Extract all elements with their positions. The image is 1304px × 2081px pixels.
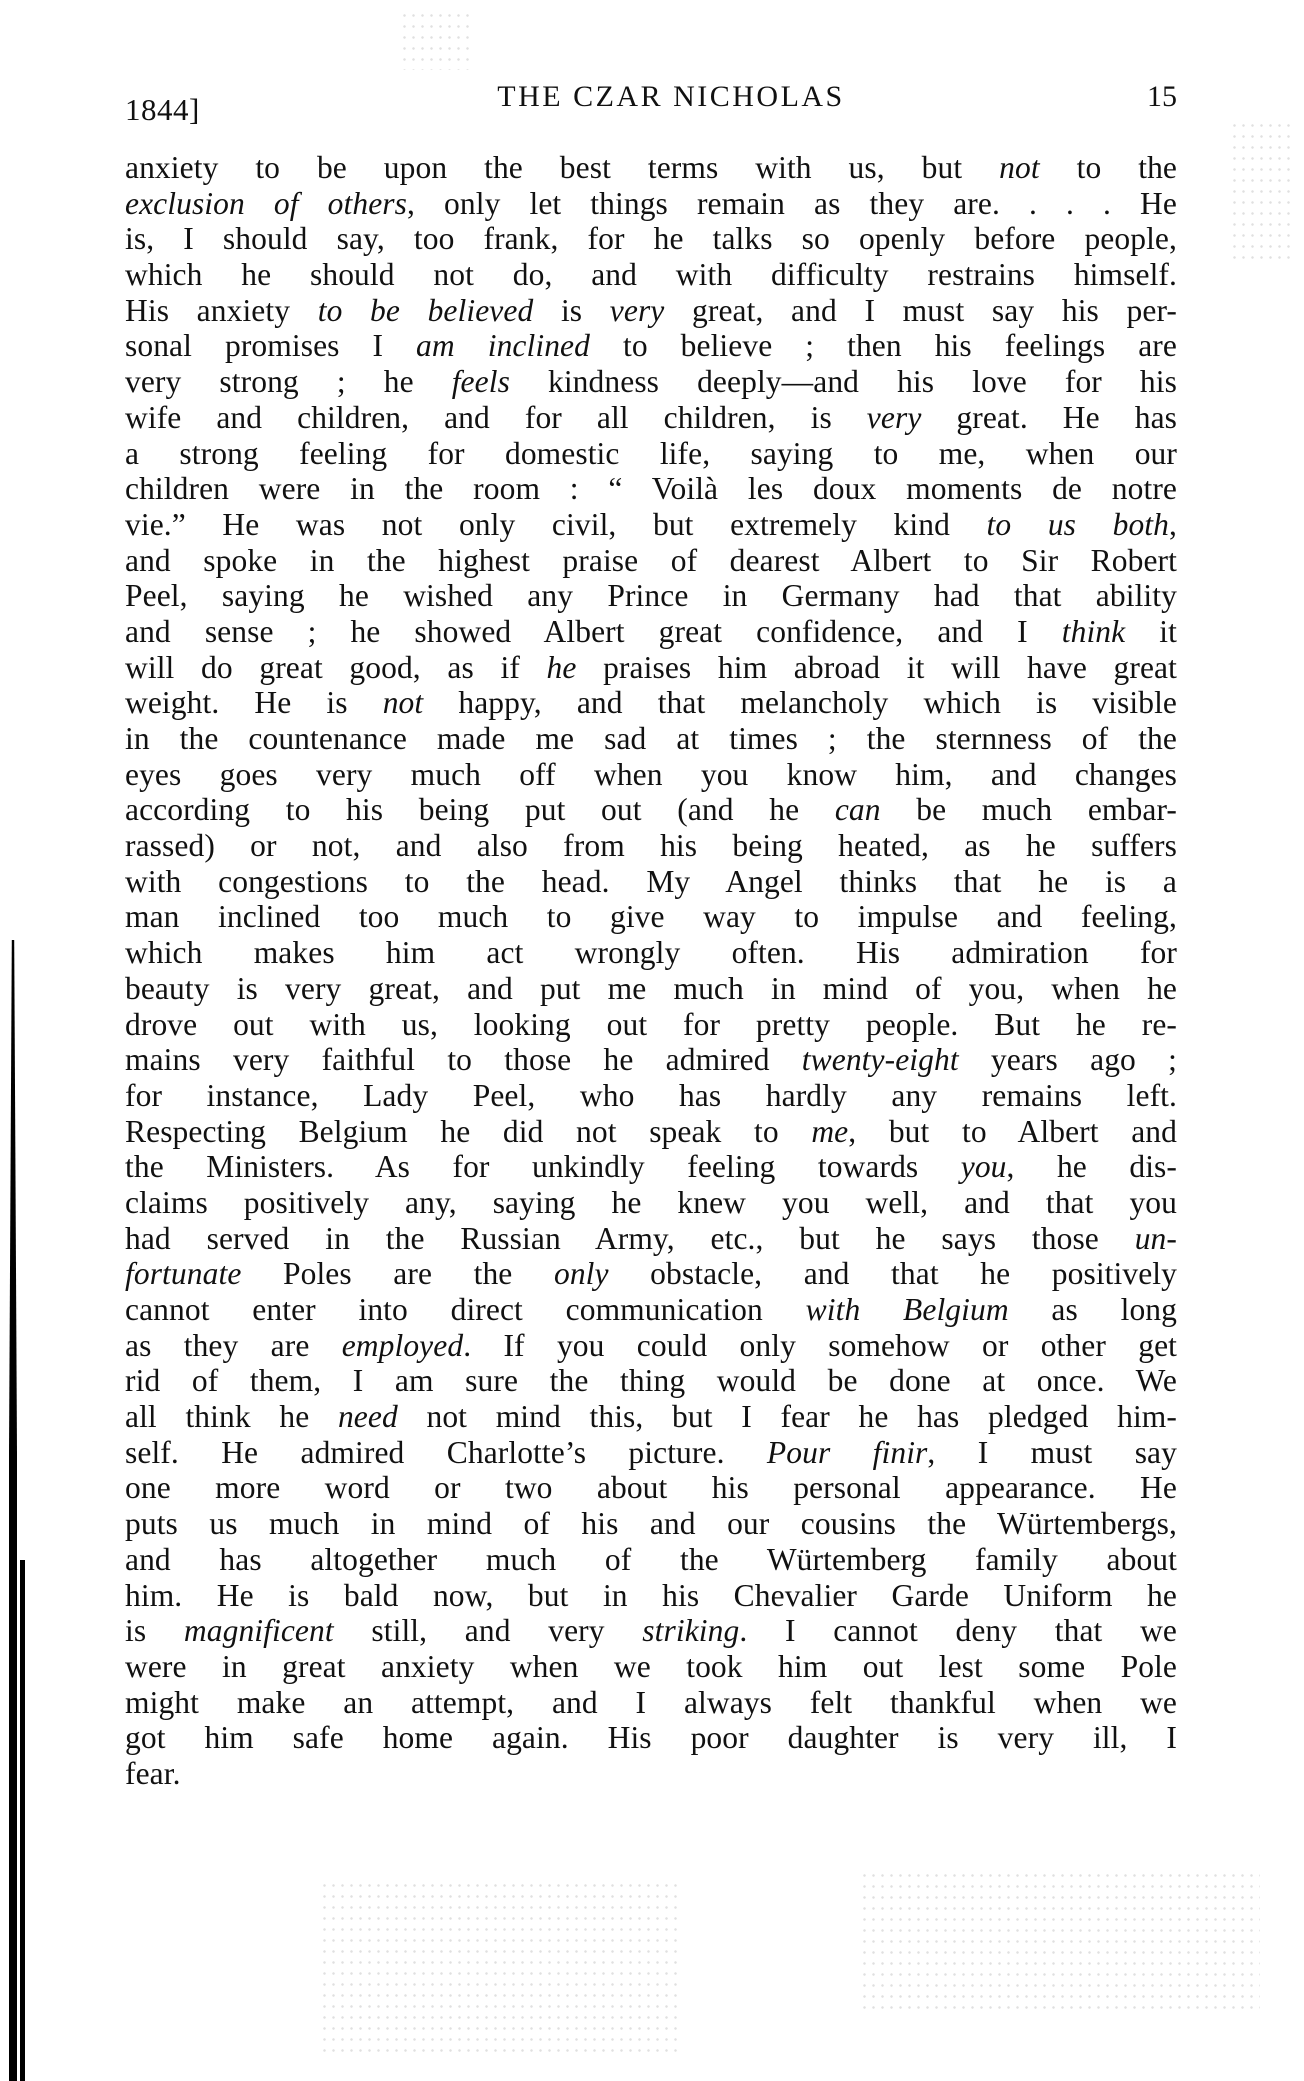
text-run: to believe ; then his feelings are (590, 328, 1177, 363)
text-run: is, I should say, too frank, for he talk… (125, 221, 1177, 256)
text-line: Respecting Belgium he did not speak to m… (125, 1114, 1177, 1150)
text-run: years ago ; (959, 1042, 1177, 1077)
italic-emphasis: me (811, 1114, 848, 1149)
text-line: vie.” He was not only civil, but extreme… (125, 507, 1177, 543)
text-run: wife and children, and for all children,… (125, 400, 867, 435)
text-line: will do great good, as if he praises him… (125, 650, 1177, 686)
text-run: not mind this, but I fear he has pledged… (398, 1399, 1177, 1434)
italic-emphasis: can (835, 792, 881, 827)
italic-emphasis: to be believed (318, 293, 534, 328)
text-line: His anxiety to be believed is very great… (125, 293, 1177, 329)
italic-emphasis: you (961, 1149, 1007, 1184)
text-run: very strong ; he (125, 364, 452, 399)
text-run: got him safe home again. His poor daught… (125, 1720, 1177, 1755)
italic-emphasis: striking (642, 1613, 739, 1648)
text-run: according to his being put out (and he (125, 792, 835, 827)
text-line: got him safe home again. His poor daught… (125, 1720, 1177, 1756)
text-run: beauty is very great, and put me much in… (125, 971, 1177, 1006)
italic-emphasis: he (547, 650, 577, 685)
text-run: be much embar- (881, 792, 1177, 827)
text-run: were in great anxiety when we took him o… (125, 1649, 1177, 1684)
italic-emphasis: fortunate (125, 1256, 241, 1291)
text-line: exclusion of others, only let things rem… (125, 186, 1177, 222)
paper-speckle-right (1230, 120, 1290, 260)
text-run: fear. (125, 1756, 181, 1791)
text-run: is (533, 293, 609, 328)
text-line: all think he need not mind this, but I f… (125, 1399, 1177, 1435)
italic-emphasis: need (338, 1399, 398, 1434)
italic-emphasis: feels (452, 364, 510, 399)
text-run: claims positively any, saying he knew yo… (125, 1185, 1177, 1220)
text-line: sonal promises I am inclined to believe … (125, 328, 1177, 364)
text-run: as they are (125, 1328, 342, 1363)
italic-emphasis: not (999, 150, 1040, 185)
text-line: man inclined too much to give way to imp… (125, 899, 1177, 935)
text-line: him. He is bald now, but in his Chevalie… (125, 1578, 1177, 1614)
italic-emphasis: employed (342, 1328, 464, 1363)
text-run: , but to Albert and (848, 1114, 1177, 1149)
text-run: kindness deeply—and his love for his (510, 364, 1177, 399)
text-run: vie.” He was not only civil, but extreme… (125, 507, 987, 542)
text-run: and spoke in the highest praise of deare… (125, 543, 1177, 578)
text-run: and sense ; he showed Albert great confi… (125, 614, 1062, 649)
text-run: obstacle, and that he positively (609, 1256, 1177, 1291)
text-run: children were in the room : “ Voilà les … (125, 471, 1177, 506)
text-line: which he should not do, and with difficu… (125, 257, 1177, 293)
text-run: the Ministers. As for unkindly feeling t… (125, 1149, 961, 1184)
text-line: had served in the Russian Army, etc., bu… (125, 1221, 1177, 1257)
text-run: had served in the Russian Army, etc., bu… (125, 1221, 1135, 1256)
text-run: is (125, 1613, 184, 1648)
text-run: in the countenance made me sad at times … (125, 721, 1177, 756)
text-line: in the countenance made me sad at times … (125, 721, 1177, 757)
text-line: children were in the room : “ Voilà les … (125, 471, 1177, 507)
text-run: all think he (125, 1399, 338, 1434)
text-run: sonal promises I (125, 328, 416, 363)
text-line: anxiety to be upon the best terms with u… (125, 150, 1177, 186)
text-line: eyes goes very much off when you know hi… (125, 757, 1177, 793)
text-line: with congestions to the head. My Angel t… (125, 864, 1177, 900)
text-line: weight. He is not happy, and that melanc… (125, 685, 1177, 721)
italic-emphasis: twenty-eight (802, 1042, 959, 1077)
binding-edge-shadow-inner (20, 1560, 25, 2081)
text-run: him. He is bald now, but in his Chevalie… (125, 1578, 1177, 1613)
italic-emphasis: am inclined (416, 328, 590, 363)
text-run: , (1169, 507, 1177, 542)
text-run: will do great good, as if (125, 650, 547, 685)
text-line: puts us much in mind of his and our cous… (125, 1506, 1177, 1542)
text-run: still, and very (334, 1613, 643, 1648)
body-text: anxiety to be upon the best terms with u… (125, 150, 1177, 1792)
text-line: claims positively any, saying he knew yo… (125, 1185, 1177, 1221)
text-run: . I cannot deny that we (739, 1613, 1177, 1648)
text-line: rassed) or not, and also from his being … (125, 828, 1177, 864)
text-run: Poles are the (241, 1256, 554, 1291)
text-run: rassed) or not, and also from his being … (125, 828, 1177, 863)
text-run: Respecting Belgium he did not speak to (125, 1114, 811, 1149)
running-head-title: THE CZAR NICHOLAS (125, 80, 1177, 114)
text-run: , I must say (927, 1435, 1177, 1470)
text-line: cannot enter into direct communication w… (125, 1292, 1177, 1328)
text-line: is, I should say, too frank, for he talk… (125, 221, 1177, 257)
italic-emphasis: very (867, 400, 922, 435)
paper-speckle-bottom (320, 1880, 680, 2060)
paper-speckle-top (400, 10, 470, 70)
text-run: eyes goes very much off when you know hi… (125, 757, 1177, 792)
italic-emphasis: magnificent (184, 1613, 334, 1648)
text-line: were in great anxiety when we took him o… (125, 1649, 1177, 1685)
book-page: 1844] THE CZAR NICHOLAS 15 anxiety to be… (0, 0, 1304, 2081)
italic-emphasis: exclusion of others (125, 186, 407, 221)
text-run: anxiety to be upon the best terms with u… (125, 150, 999, 185)
running-head: 1844] THE CZAR NICHOLAS 15 (125, 78, 1177, 128)
text-line: and has altogether much of the Würtember… (125, 1542, 1177, 1578)
italic-emphasis: to us both (987, 507, 1169, 542)
text-run: Peel, saying he wished any Prince in Ger… (125, 578, 1177, 613)
paper-speckle-bottom-right (860, 1870, 1260, 2010)
text-line: wife and children, and for all children,… (125, 400, 1177, 436)
text-run: it (1125, 614, 1177, 649)
text-run: which makes him act wrongly often. His a… (125, 935, 1177, 970)
text-line: mains very faithful to those he admired … (125, 1042, 1177, 1078)
text-run: , he dis- (1007, 1149, 1177, 1184)
text-line: which makes him act wrongly often. His a… (125, 935, 1177, 971)
text-run: to the (1040, 150, 1177, 185)
text-run: one more word or two about his personal … (125, 1470, 1177, 1505)
text-line: is magnificent still, and very striking.… (125, 1613, 1177, 1649)
text-run: drove out with us, looking out for prett… (125, 1007, 1177, 1042)
italic-emphasis: with Belgium (806, 1292, 1009, 1327)
text-line: the Ministers. As for unkindly feeling t… (125, 1149, 1177, 1185)
italic-emphasis: Pour finir (767, 1435, 928, 1470)
text-line: and sense ; he showed Albert great confi… (125, 614, 1177, 650)
italic-emphasis: think (1062, 614, 1126, 649)
text-line: fortunate Poles are the only obstacle, a… (125, 1256, 1177, 1292)
italic-emphasis: un- (1135, 1221, 1177, 1256)
text-run: man inclined too much to give way to imp… (125, 899, 1177, 934)
text-run: His anxiety (125, 293, 318, 328)
text-line: self. He admired Charlotte’s picture. Po… (125, 1435, 1177, 1471)
text-line: for instance, Lady Peel, who has hardly … (125, 1078, 1177, 1114)
text-line: as they are employed. If you could only … (125, 1328, 1177, 1364)
text-run: and has altogether much of the Würtember… (125, 1542, 1177, 1577)
italic-emphasis: not (383, 685, 424, 720)
text-run: with congestions to the head. My Angel t… (125, 864, 1177, 899)
italic-emphasis: very (610, 293, 665, 328)
text-run: self. He admired Charlotte’s picture. (125, 1435, 767, 1470)
text-line: drove out with us, looking out for prett… (125, 1007, 1177, 1043)
text-run: great, and I must say his per- (664, 293, 1177, 328)
text-line: might make an attempt, and I always felt… (125, 1685, 1177, 1721)
text-line: and spoke in the highest praise of deare… (125, 543, 1177, 579)
text-run: which he should not do, and with difficu… (125, 257, 1177, 292)
text-run: rid of them, I am sure the thing would b… (125, 1363, 1177, 1398)
text-run: might make an attempt, and I always felt… (125, 1685, 1177, 1720)
text-line: beauty is very great, and put me much in… (125, 971, 1177, 1007)
text-run: as long (1009, 1292, 1177, 1327)
text-run: happy, and that melancholy which is visi… (423, 685, 1177, 720)
text-line: according to his being put out (and he c… (125, 792, 1177, 828)
text-run: a strong feeling for domestic life, sayi… (125, 436, 1177, 471)
text-run: mains very faithful to those he admired (125, 1042, 802, 1077)
text-run: puts us much in mind of his and our cous… (125, 1506, 1177, 1541)
binding-edge-shadow (9, 940, 17, 2081)
text-run: weight. He is (125, 685, 383, 720)
italic-emphasis: only (554, 1256, 609, 1291)
text-line: a strong feeling for domestic life, sayi… (125, 436, 1177, 472)
page-number: 15 (1147, 80, 1177, 114)
text-run: praises him abroad it will have great (576, 650, 1177, 685)
text-line: very strong ; he feels kindness deeply—a… (125, 364, 1177, 400)
text-run: great. He has (921, 400, 1177, 435)
text-run: , only let things remain as they are. . … (407, 186, 1177, 221)
text-line: fear. (125, 1756, 1177, 1792)
text-run: for instance, Lady Peel, who has hardly … (125, 1078, 1177, 1113)
text-run: . If you could only somehow or other get (463, 1328, 1177, 1363)
text-line: one more word or two about his personal … (125, 1470, 1177, 1506)
text-run: cannot enter into direct communication (125, 1292, 806, 1327)
text-line: rid of them, I am sure the thing would b… (125, 1363, 1177, 1399)
text-line: Peel, saying he wished any Prince in Ger… (125, 578, 1177, 614)
